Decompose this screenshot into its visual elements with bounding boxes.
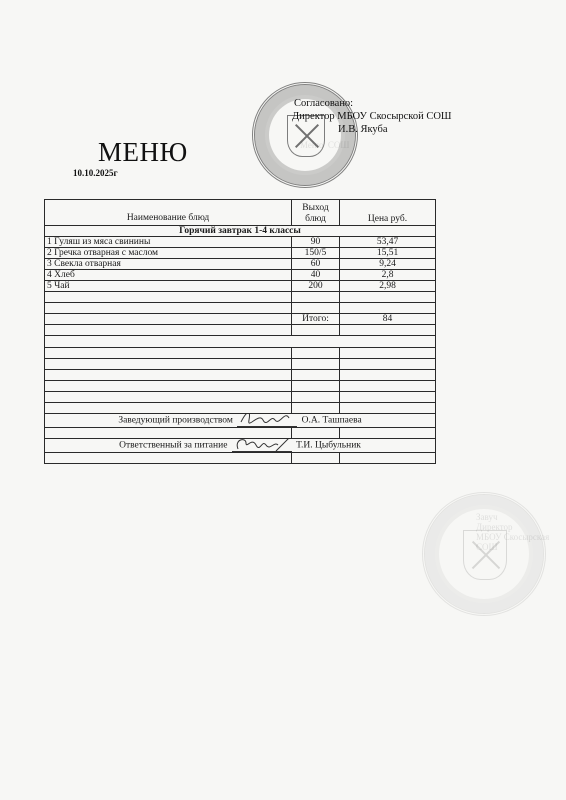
approval-label: Согласовано:	[292, 97, 452, 110]
empty-row	[45, 336, 436, 348]
signature-icon	[232, 439, 292, 452]
approval-name: И.В. Якуба	[292, 123, 452, 136]
table-row: 1 Гуляш из мяса свинины 90 53,47	[45, 237, 436, 248]
approval-position: Директор МБОУ Скосырской СОШ	[292, 110, 452, 123]
empty-row	[45, 292, 436, 303]
empty-row	[45, 370, 436, 381]
total-row: Итого: 84	[45, 314, 436, 325]
empty-row	[45, 403, 436, 414]
faint-stamp-icon	[422, 492, 546, 616]
total-value: 84	[340, 314, 436, 325]
signature-row-production: Заведующий производством О.А. Ташпаева	[45, 414, 436, 428]
menu-table: Наименование блюд Выходблюд Цена руб. Го…	[44, 199, 436, 464]
section-title: Горячий завтрак 1-4 классы	[45, 226, 436, 237]
empty-row	[45, 303, 436, 314]
empty-row	[45, 392, 436, 403]
bleed-through-text: Меню СОШ	[300, 140, 350, 150]
signature-icon	[237, 414, 297, 427]
nutrition-resp-name: Т.И. Цыбульник	[296, 441, 361, 451]
header-yield: Выходблюд	[292, 200, 340, 226]
header-dish-name: Наименование блюд	[45, 200, 292, 226]
header-price: Цена руб.	[340, 200, 436, 226]
empty-row	[45, 381, 436, 392]
menu-date: 10.10.2025г	[73, 168, 118, 178]
table-row: 5 Чай 200 2,98	[45, 281, 436, 292]
table-header-row: Наименование блюд Выходблюд Цена руб.	[45, 200, 436, 226]
empty-row	[45, 348, 436, 359]
table-row: 3 Свекла отварная 60 9,24	[45, 259, 436, 270]
section-row: Горячий завтрак 1-4 классы	[45, 226, 436, 237]
table-row: 2 Гречка отварная с маслом 150/5 15,51	[45, 248, 436, 259]
table-row: 4 Хлеб 40 2,8	[45, 270, 436, 281]
production-head-label: Заведующий производством	[118, 416, 233, 426]
document-page: Меню СОШ ЗавучДиректорМБОУ Скосырская СО…	[0, 0, 566, 800]
empty-row	[45, 428, 436, 439]
signature-row-nutrition: Ответственный за питание Т.И. Цыбульник	[45, 439, 436, 453]
empty-row	[45, 359, 436, 370]
total-label: Итого:	[292, 314, 340, 325]
approval-block: Согласовано: Директор МБОУ Скосырской СО…	[292, 97, 452, 136]
empty-row	[45, 325, 436, 336]
bleed-through-text: ЗавучДиректорМБОУ Скосырская СОШ	[476, 512, 566, 552]
nutrition-resp-label: Ответственный за питание	[119, 441, 227, 451]
empty-row	[45, 453, 436, 464]
production-head-name: О.А. Ташпаева	[302, 416, 362, 426]
page-title: МЕНЮ	[98, 137, 188, 168]
